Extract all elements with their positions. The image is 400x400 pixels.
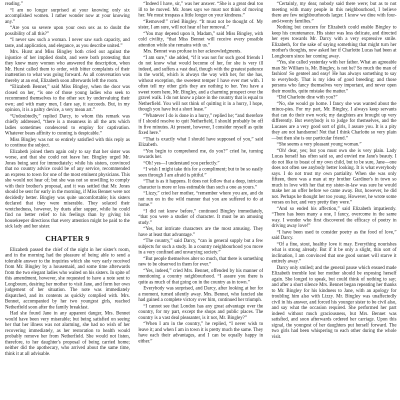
chapter-heading: CHAPTER 9 <box>5 235 130 244</box>
paragraph: “I am no longer surprised at your knowin… <box>5 7 130 24</box>
paragraph: “I cannot see that London has any great … <box>138 303 263 320</box>
paragraph: “Oh! yes—I understand you perfectly.” <box>138 160 263 166</box>
paragraph: “Lizzy,” cried her mother, “remember whe… <box>138 191 263 208</box>
text-column-3: “Certainly, my dear, nobody said there w… <box>272 1 397 400</box>
paragraph: “I never saw such a woman. I never saw s… <box>5 37 130 49</box>
paragraph: “And so ended his affection,” said Eliza… <box>272 206 397 229</box>
paragraph: “Yes, indeed,” cried Mrs. Bennet, offend… <box>138 268 263 285</box>
paragraph: “I wish I might take this for a complime… <box>138 167 263 179</box>
paragraph: Darcy only smiled; and the general pause… <box>272 265 397 340</box>
paragraph: “You begin to comprehend me, do you?” cr… <box>138 148 263 160</box>
paragraph: “Yes, but intricate characters are the m… <box>138 226 263 238</box>
paragraph: “That is exactly what I should have supp… <box>138 136 263 148</box>
text-column-2: “Indeed I have, sir,” was her answer. “S… <box>138 1 263 400</box>
paragraph: “I did not know before,” continued Bingl… <box>138 208 263 225</box>
paragraph: Mrs. Bennet was profuse in her acknowled… <box>138 49 263 55</box>
paragraph: “Indeed I have, sir,” was her answer. “S… <box>138 1 263 18</box>
paragraph: Mrs. Hurst and Miss Bingley both cried o… <box>5 49 130 84</box>
paragraph: “But people themselves alter so much, th… <box>138 256 263 268</box>
paragraph: Had she found Jane in any apparent dange… <box>5 311 130 357</box>
paragraph: “Yes, she called yesterday with her fath… <box>272 60 397 95</box>
paragraph: Elizabeth passed the chief of the night … <box>5 247 130 310</box>
paragraph: “Whatever I do is done in a hurry,” repl… <box>138 113 263 136</box>
paragraph: “Certainly, my dear, nobody said there w… <box>272 1 397 24</box>
paragraph: “She seems a very pleasant young woman.” <box>272 142 397 148</box>
paragraph: “I have been used to consider poetry as … <box>272 229 397 241</box>
paragraph: Nothing but concern for Elizabeth could … <box>272 25 397 60</box>
paragraph: Everybody was surprised, and Darcy, afte… <box>138 286 263 303</box>
paragraph: “Of a fine, stout, healthy love it may. … <box>272 241 397 264</box>
paragraph: “Oh! dear, yes; but you must own she is … <box>272 148 397 206</box>
paragraph: Miss Bingley was not so entirely satisfi… <box>5 137 130 149</box>
text-column-1: reading.”“I am no longer surprised at yo… <box>5 1 130 400</box>
paragraph: “The country,” said Darcy, “can in gener… <box>138 238 263 255</box>
book-page: reading.”“I am no longer surprised at yo… <box>0 0 400 400</box>
paragraph: “That is as it happens. It does not foll… <box>138 179 263 191</box>
paragraph: Elizabeth joined them again only to say … <box>5 149 130 230</box>
paragraph: “I am sure,” she added, “if it was not f… <box>138 55 263 113</box>
paragraph: “No, she would go home. I fancy she was … <box>272 101 397 141</box>
paragraph: “Are you so severe upon your own sex as … <box>5 25 130 37</box>
paragraph: “When I am in the country,” he replied, … <box>138 321 263 344</box>
page-columns: reading.”“I am no longer surprised at yo… <box>0 0 400 400</box>
paragraph: “Did Charlotte dine with you?” <box>272 95 397 101</box>
paragraph: “Elizabeth Bennet,” said Miss Bingley, w… <box>5 84 130 113</box>
paragraph: “Undoubtedly,” replied Darcy, to whom th… <box>5 113 130 136</box>
paragraph: “Removed!” cried Bingley. “It must not b… <box>138 19 263 31</box>
paragraph: “You may depend upon it, Madam,” said Mi… <box>138 31 263 48</box>
paragraph: reading.” <box>5 1 130 7</box>
